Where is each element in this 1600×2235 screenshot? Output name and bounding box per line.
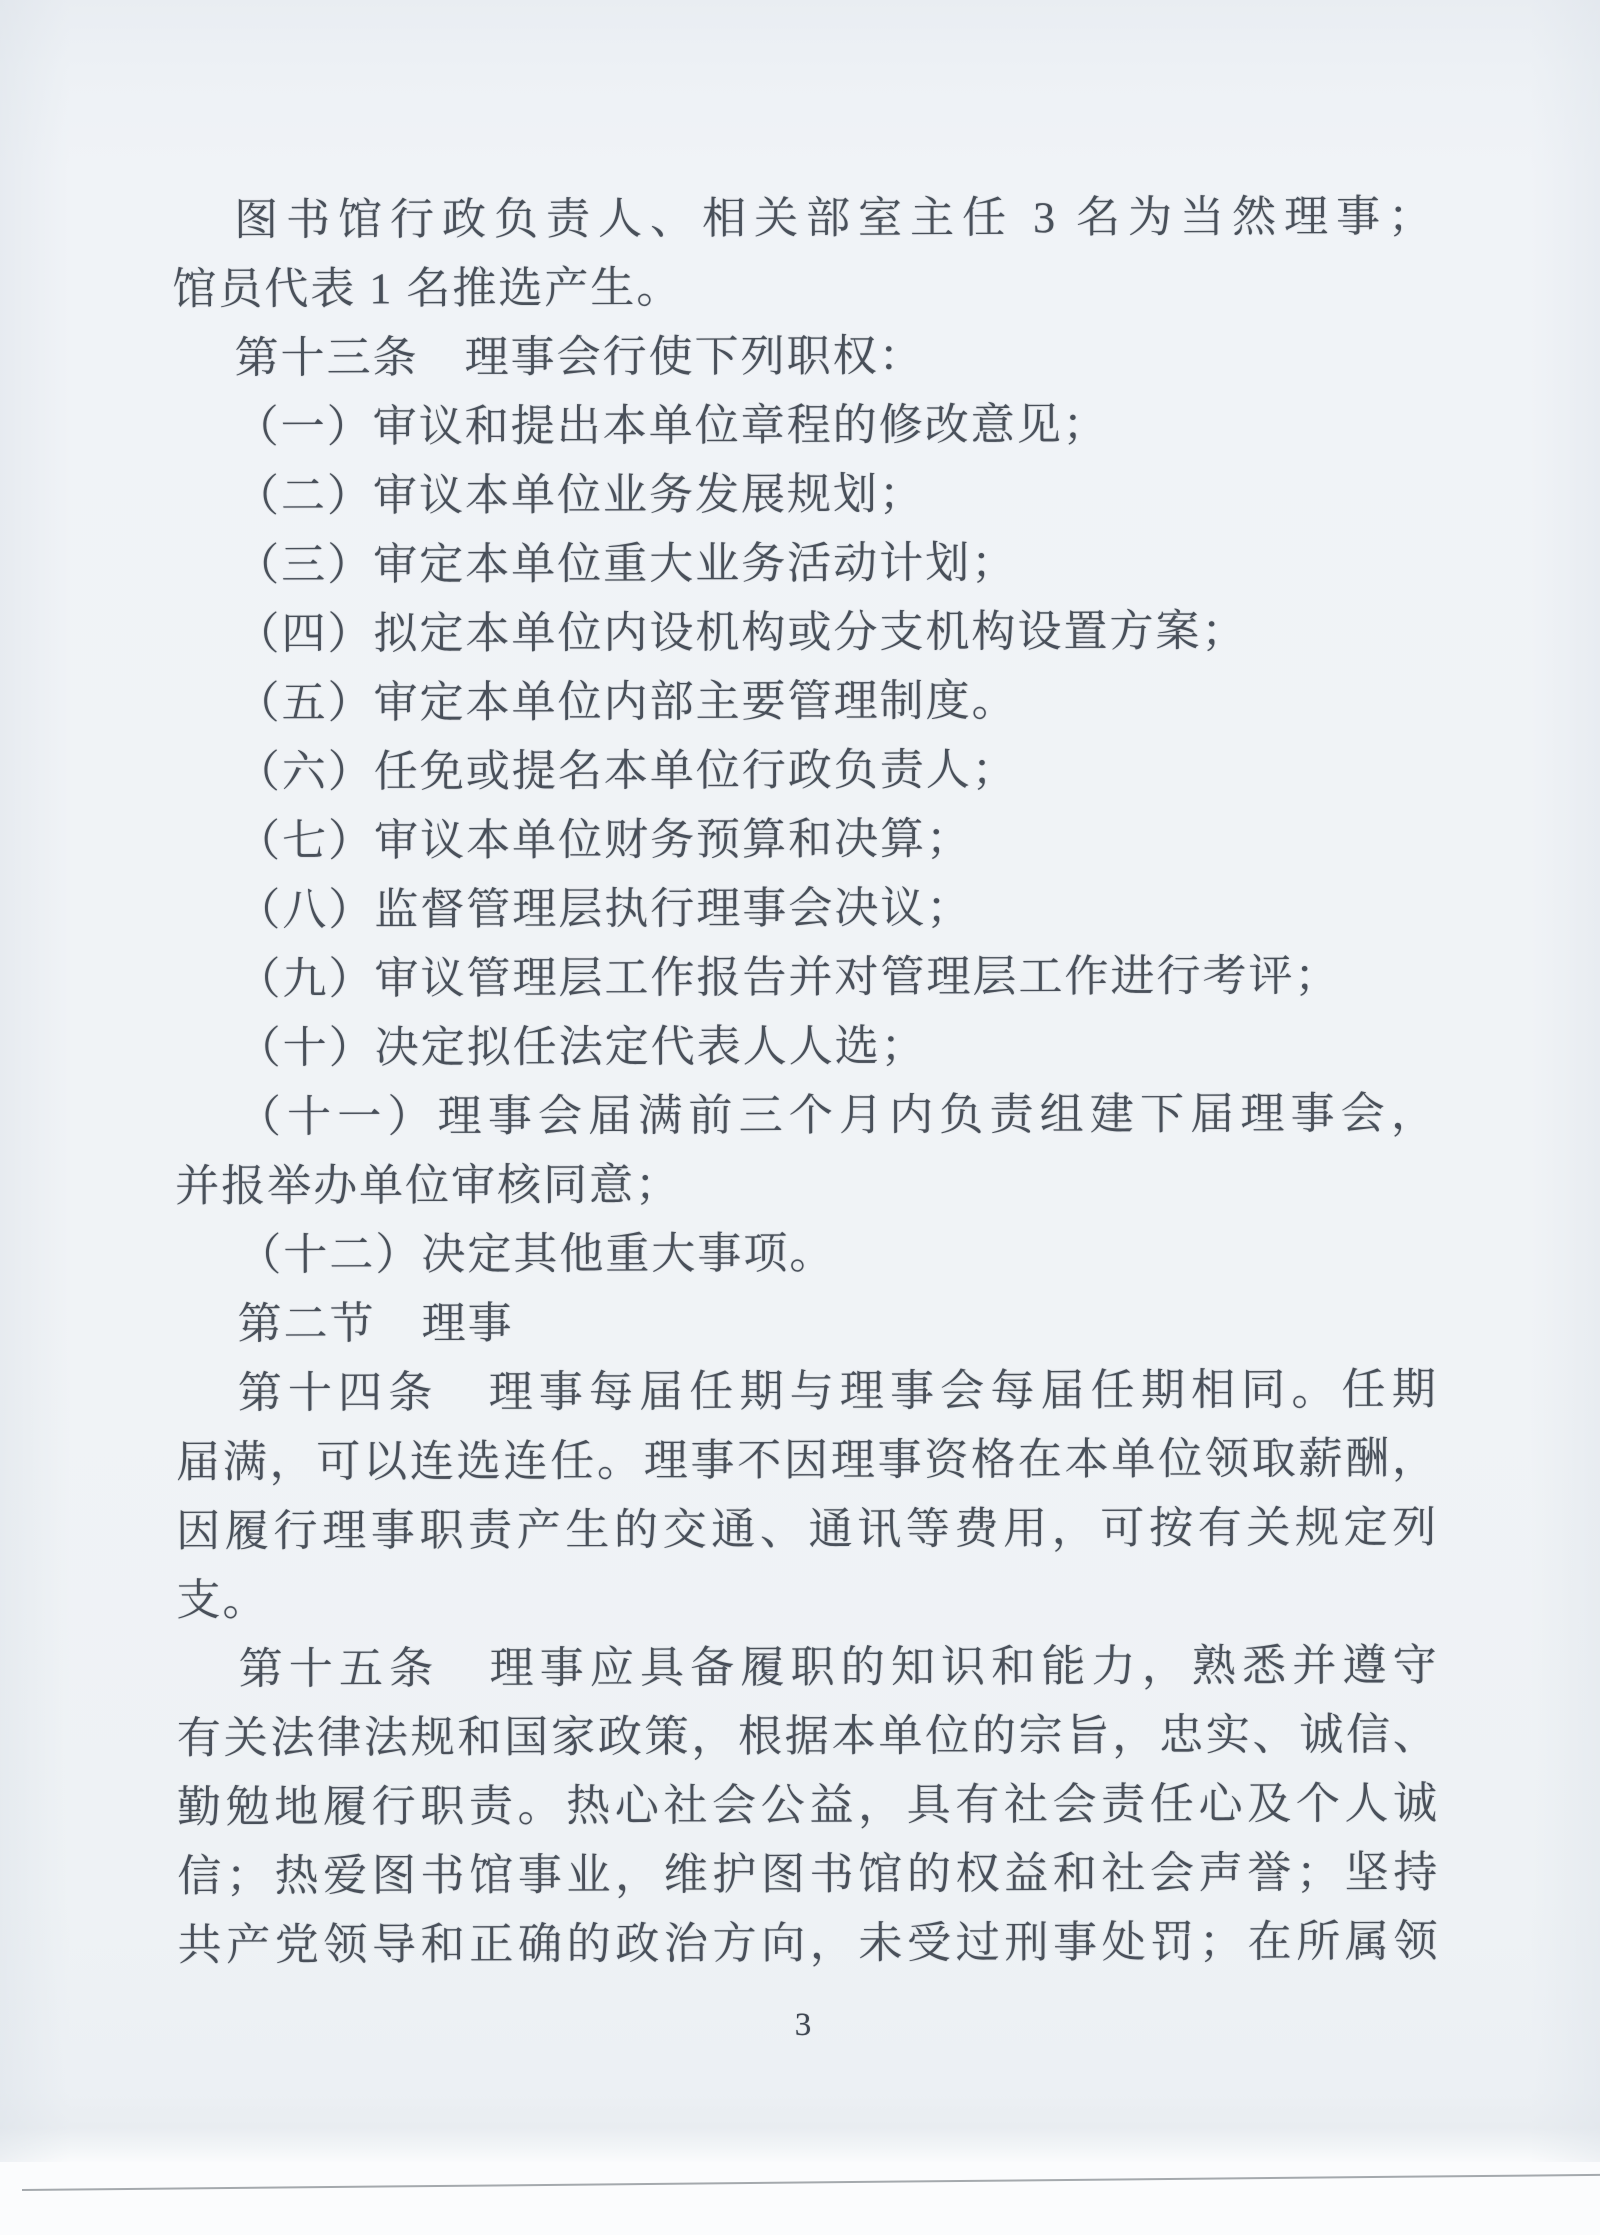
text-line: 勤勉地履行职责。热心社会公益，具有社会责任心及个人诚 [177, 1769, 1439, 1842]
text-line: （一）审议和提出本单位章程的修改意见； [173, 389, 1435, 462]
text-line: （七）审议本单位财务预算和决算； [174, 803, 1436, 876]
text-line: （十一）理事会届满前三个月内负责组建下届理事会， [175, 1079, 1437, 1152]
page-number: 3 [172, 2007, 1434, 2044]
text-line: 第十四条 理事每届任期与理事会每届任期相同。任期 [176, 1355, 1438, 1428]
text-line: 届满，可以连选连任。理事不因理事资格在本单位领取薪酬， [176, 1424, 1438, 1497]
text-line: （十二）决定其他重大事项。 [175, 1217, 1437, 1290]
page-edge-line [22, 2174, 1600, 2191]
text-line: 信；热爱图书馆事业，维护图书馆的权益和社会声誉；坚持 [177, 1838, 1439, 1911]
text-line: 第十五条 理事应具备履职的知识和能力，熟悉并遵守 [177, 1631, 1439, 1704]
text-line: （十）决定拟任法定代表人人选； [175, 1010, 1437, 1083]
text-line: （二）审议本单位业务发展规划； [173, 458, 1435, 531]
text-line: （六）任免或提名本单位行政负责人； [174, 734, 1436, 807]
text-line: 共产党领导和正确的政治方向，未受过刑事处罚；在所属领 [177, 1907, 1439, 1980]
scanned-page: 图书馆行政负责人、相关部室主任 3 名为当然理事；馆员代表 1 名推选产生。第十… [0, 0, 1600, 2162]
text-block: 图书馆行政负责人、相关部室主任 3 名为当然理事；馆员代表 1 名推选产生。第十… [172, 182, 1440, 1980]
text-line: （九）审议管理层工作报告并对管理层工作进行考评； [174, 941, 1436, 1014]
text-line: 图书馆行政负责人、相关部室主任 3 名为当然理事； [172, 182, 1434, 255]
text-line: 并报举办单位审核同意； [175, 1148, 1437, 1221]
text-line: 第十三条 理事会行使下列职权： [172, 320, 1434, 393]
text-line: 第二节 理事 [175, 1286, 1437, 1359]
text-line: 支。 [176, 1562, 1438, 1635]
text-line: 馆员代表 1 名推选产生。 [172, 251, 1434, 324]
text-line: （五）审定本单位内部主要管理制度。 [174, 665, 1436, 738]
text-line: （四）拟定本单位内设机构或分支机构设置方案； [173, 596, 1435, 669]
text-line: （八）监督管理层执行理事会决议； [174, 872, 1436, 945]
text-line: 有关法律法规和国家政策，根据本单位的宗旨，忠实、诚信、 [177, 1700, 1439, 1773]
text-line: （三）审定本单位重大业务活动计划； [173, 527, 1435, 600]
text-line: 因履行理事职责产生的交通、通讯等费用，可按有关规定列 [176, 1493, 1438, 1566]
